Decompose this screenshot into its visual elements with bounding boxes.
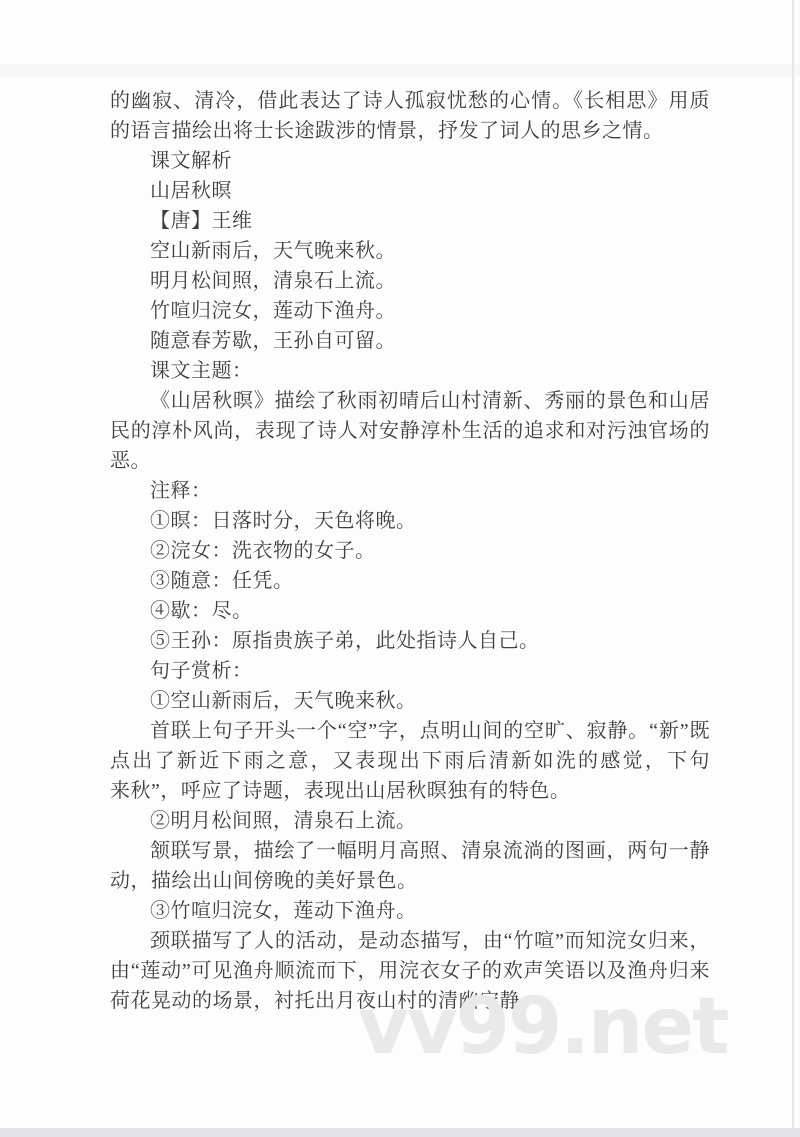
note-item: ⑤王孙：原指贵族子弟，此处指诗人自己。: [110, 626, 710, 656]
document-page: 的幽寂、清冷，借此表达了诗人孤寂忧愁的心情。《长相思》用质朴 的语言描绘出将士长…: [0, 0, 800, 1137]
note-item: ②浣女：洗衣物的女子。: [110, 536, 710, 566]
body-text-line: 首联上句子开头一个“空”字，点明山间的空旷、寂静。“新”既: [110, 716, 710, 746]
section-heading-analysis: 课文解析: [110, 146, 710, 176]
body-text-line: 《山居秋暝》描绘了秋雨初晴后山村清新、秀丽的景色和山居村: [110, 386, 710, 416]
quoted-poem-line: ①空山新雨后，天气晚来秋。: [110, 686, 710, 716]
watermark: vv99.net: [358, 988, 728, 1066]
note-item: ③随意：任凭。: [110, 566, 710, 596]
section-heading-theme: 课文主题：: [110, 356, 710, 386]
note-item: ④歇：尽。: [110, 596, 710, 626]
quoted-poem-line: ③竹喧归浣女，莲动下渔舟。: [110, 896, 710, 926]
body-text-line: 颔联写景，描绘了一幅明月高照、清泉流淌的图画，两句一静一: [110, 836, 710, 866]
section-heading-appreciation: 句子赏析：: [110, 656, 710, 686]
page-bottom-edge: [0, 1128, 800, 1137]
section-heading-notes: 注释：: [110, 476, 710, 506]
body-text-line: 恶。: [110, 446, 710, 476]
poem-line: 随意春芳歇，王孙自可留。: [110, 326, 710, 356]
body-text-line: 动，描绘出山间傍晚的美好景色。: [110, 866, 710, 896]
body-text-line: 点出了新近下雨之意，又表现出下雨后清新如洗的感觉，下句的“晚: [110, 746, 710, 776]
body-text-line: 的幽寂、清冷，借此表达了诗人孤寂忧愁的心情。《长相思》用质朴: [110, 86, 710, 116]
poem-author: 【唐】王维: [110, 206, 710, 236]
body-text-line: 来秋”，呼应了诗题，表现出山居秋暝独有的特色。: [110, 776, 710, 806]
document-text-block: 的幽寂、清冷，借此表达了诗人孤寂忧愁的心情。《长相思》用质朴 的语言描绘出将士长…: [110, 86, 710, 1016]
poem-line: 竹喧归浣女，莲动下渔舟。: [110, 296, 710, 326]
note-item: ①暝：日落时分，天色将晚。: [110, 506, 710, 536]
poem-title: 山居秋暝: [110, 176, 710, 206]
page-right-edge: [792, 0, 794, 1137]
scan-shadow-band: [0, 64, 800, 77]
body-text-line: 的语言描绘出将士长途跋涉的情景，抒发了词人的思乡之情。: [110, 116, 710, 146]
body-text-line: 颈联描写了人的活动，是动态描写，由“竹喧”而知浣女归来，: [110, 926, 710, 956]
body-text-line: 民的淳朴风尚，表现了诗人对安静淳朴生活的追求和对污浊官场的厌: [110, 416, 710, 446]
poem-line: 空山新雨后，天气晚来秋。: [110, 236, 710, 266]
poem-line: 明月松间照，清泉石上流。: [110, 266, 710, 296]
quoted-poem-line: ②明月松间照，清泉石上流。: [110, 806, 710, 836]
